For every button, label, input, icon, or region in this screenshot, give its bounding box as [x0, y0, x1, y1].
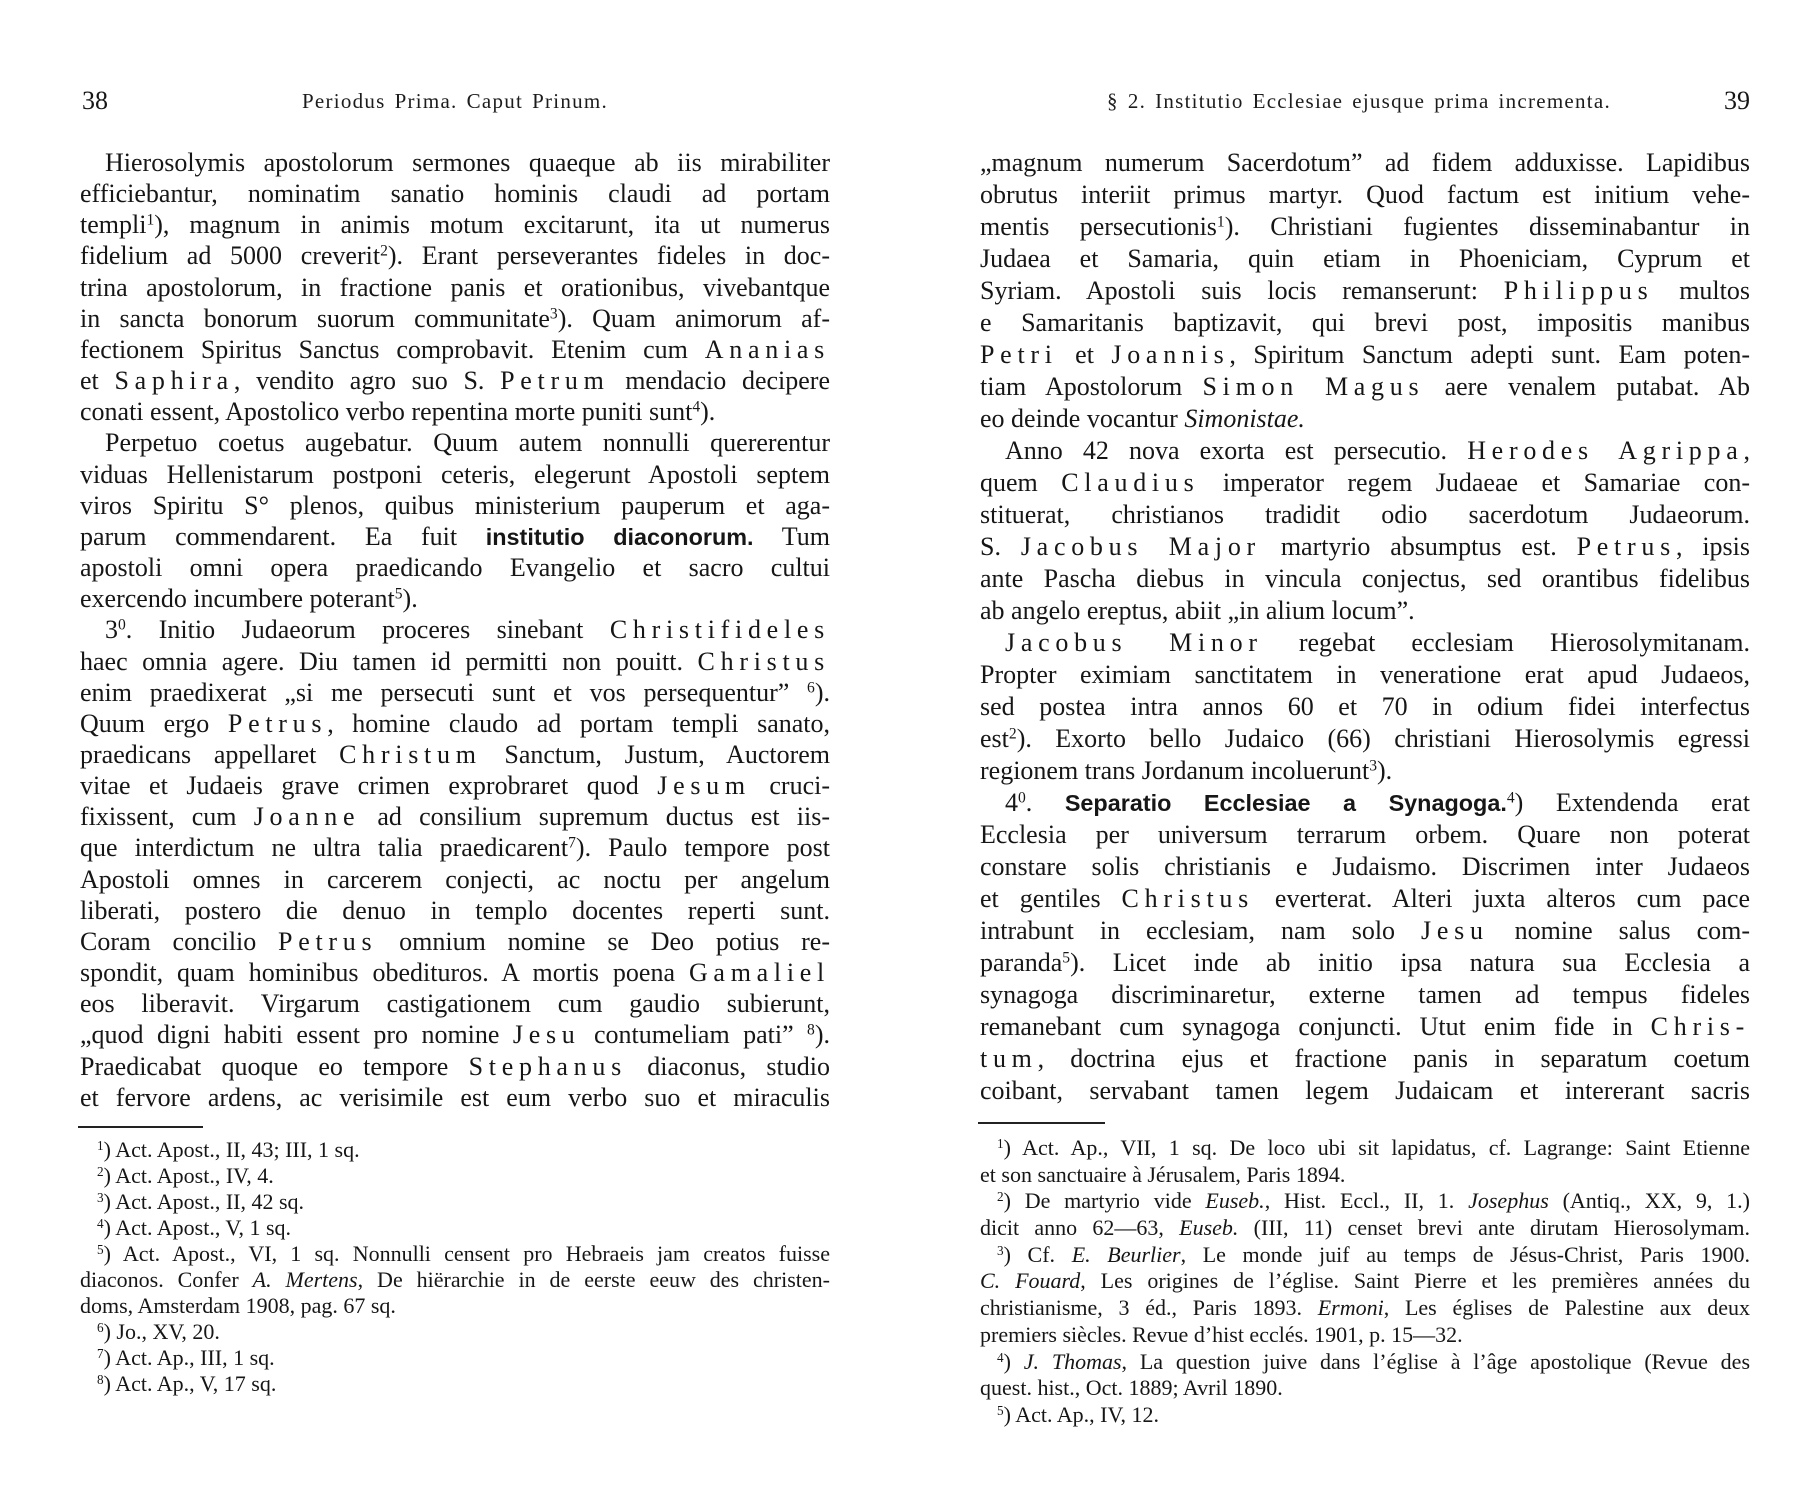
footnote-line: et son sanctuaire à Jérusalem, Paris 189…: [980, 1162, 1750, 1189]
body-line: spondit, quam hominibus obedituros. A mo…: [80, 957, 830, 988]
spaced-name: Jacobus Major: [1021, 532, 1261, 561]
text-run: ) Cf.: [1004, 1242, 1072, 1267]
text-run: aere venalem putabat. Ab: [1424, 372, 1750, 401]
text-run: ). Licet inde ab initio ipsa natura sua …: [1070, 948, 1750, 977]
body-line: paranda5). Licet inde ab initio ipsa nat…: [980, 947, 1750, 979]
text-run: , ipsis: [1676, 532, 1750, 561]
text-run: exercendo incumbere poterant: [80, 584, 395, 613]
text-run: et: [1058, 340, 1112, 369]
footnote-ref: 6: [807, 679, 815, 696]
text-run: Propter eximiam sanctitatem in veneratio…: [980, 660, 1750, 689]
text-run: 4: [1005, 788, 1018, 817]
text-run: ante Pascha diebus in vincula conjectus,…: [980, 564, 1750, 593]
text-run: apostoli omni opera praedicando Evangeli…: [80, 553, 830, 582]
body-line: haec omnia agere. Diu tamen id permitti …: [80, 646, 830, 677]
italic-text: Ermoni: [1318, 1295, 1384, 1320]
body-text: „magnum numerum Sacerdotum” ad fidem add…: [980, 147, 1750, 1107]
spaced-name: Herodes Agrippa: [1467, 436, 1743, 465]
text-run: regionem trans Jordanum incoluerunt: [980, 756, 1369, 785]
text-run: coibant, servabant tamen legem Judaicam …: [980, 1076, 1750, 1105]
body-line: Ecclesia per universum terrarum orbem. Q…: [980, 819, 1750, 851]
text-run: , homine claudo ad portam templi sanato,: [327, 709, 830, 738]
footnote-line: C. Fouard, Les origines de l’église. Sai…: [980, 1268, 1750, 1295]
text-run: et son sanctuaire à Jérusalem, Paris 189…: [980, 1162, 1345, 1187]
text-run: viros Spiritu S° plenos, quibus minister…: [80, 491, 830, 520]
text-run: ): [1004, 1349, 1024, 1374]
footnote-ref: 2: [997, 1189, 1004, 1204]
footnote-ref: 0: [118, 617, 126, 634]
body-line: obrutus interiit primus martyr. Quod fac…: [980, 179, 1750, 211]
text-run: parum commendarent. Ea fuit: [80, 522, 486, 551]
text-run: ad consilium supremum ductus est iis-: [360, 802, 830, 831]
text-run: ), magnum in animis motum excitarunt, it…: [154, 210, 830, 239]
body-line: eo deinde vocantur Simonistae.: [980, 403, 1750, 435]
footnote-line: 1) Act. Ap., VII, 1 sq. De loco ubi sit …: [980, 1135, 1750, 1162]
text-run: eo deinde vocantur: [980, 404, 1184, 433]
footnote-ref: 0: [1018, 789, 1026, 806]
text-run: et gentiles: [980, 884, 1122, 913]
text-run: ).: [1377, 756, 1392, 785]
body-text: Hierosolymis apostolorum sermones quaequ…: [80, 147, 830, 1113]
text-run: Apostoli omnes in carcerem conjecti, ac …: [80, 865, 830, 894]
text-run: ).: [700, 397, 715, 426]
footnote-rule: [978, 1122, 1105, 1124]
text-run: „magnum numerum Sacerdotum” ad fidem add…: [980, 148, 1750, 177]
body-line: ante Pascha diebus in vincula conjectus,…: [980, 563, 1750, 595]
italic-text: E. Beurlier: [1072, 1242, 1181, 1267]
footnote-ref: 4: [1507, 789, 1515, 806]
text-run: mendacio decipere: [610, 366, 830, 395]
body-line: Coram concilio Petrus omnium nomine se D…: [80, 926, 830, 957]
body-line: synagoga discriminaretur, externe tamen …: [980, 979, 1750, 1011]
text-run: omnium nomine se Deo potius re-: [377, 927, 830, 956]
text-run: est: [980, 724, 1009, 753]
footnote-ref: 7: [97, 1346, 104, 1361]
spaced-name: Chris-: [1651, 1012, 1750, 1041]
body-line: in sancta bonorum suorum communitate3). …: [80, 303, 830, 334]
text-run: doms, Amsterdam 1908, pag. 67 sq.: [80, 1293, 396, 1318]
body-line: Hierosolymis apostolorum sermones quaequ…: [80, 147, 830, 178]
text-run: spondit, quam hominibus obedituros. A mo…: [80, 958, 689, 987]
text-run: praedicans appellaret: [80, 740, 339, 769]
text-run: fectionem Spiritus Sanctus comprobavit. …: [80, 335, 705, 364]
body-line: Apostoli omnes in carcerem conjecti, ac …: [80, 864, 830, 895]
footnote-line: 5) Act. Apost., VI, 1 sq. Nonnulli cense…: [80, 1241, 830, 1267]
footnote-ref: 4: [997, 1349, 1004, 1364]
text-run: „quod digni habiti essent pro nomine: [80, 1020, 513, 1049]
body-line: viduas Hellenistarum postponi ceteris, e…: [80, 459, 830, 490]
text-run: stituerat, christianos tradidit odio sac…: [980, 500, 1750, 529]
spaced-name: Simon Magus: [1202, 372, 1424, 401]
spaced-name: Jacobus Minor: [1005, 628, 1263, 657]
body-line: fixissent, cum Joanne ad consilium supre…: [80, 801, 830, 832]
spaced-name: Jesu: [513, 1020, 581, 1049]
text-run: paranda: [980, 948, 1062, 977]
body-line: mentis persecutionis1). Christiani fugie…: [980, 211, 1750, 243]
text-run: ) Act. Apost., II, 43; III, 1 sq.: [104, 1137, 360, 1162]
footnote-line: 3) Act. Apost., II, 42 sq.: [80, 1189, 830, 1215]
footnote-ref: 1: [1217, 213, 1225, 230]
text-run: ) Jo., XV, 20.: [104, 1319, 220, 1344]
spaced-name: Petrum: [500, 366, 609, 395]
spaced-name: Ananias: [705, 335, 830, 364]
body-line: 30. Initio Judaeorum proceres sinebant C…: [80, 614, 830, 645]
text-run: Anno 42 nova exorta est persecutio.: [1005, 436, 1467, 465]
text-run: (Antiq., XX, 9, 1.): [1549, 1188, 1750, 1213]
body-line: et fervore ardens, ac verisimile est eum…: [80, 1082, 830, 1113]
text-run: constare solis christianis e Judaismo. D…: [980, 852, 1750, 881]
footnote-ref: 4: [692, 399, 700, 416]
italic-text: Euseb.: [1205, 1188, 1264, 1213]
text-run: Sanctum, Justum, Auctorem: [482, 740, 830, 769]
footnote-line: 4) J. Thomas, La question juive dans l’é…: [980, 1349, 1750, 1376]
body-line: fidelium ad 5000 creverit2). Erant perse…: [80, 240, 830, 271]
body-line: Anno 42 nova exorta est persecutio. Hero…: [980, 435, 1750, 467]
footnote-line: 6) Jo., XV, 20.: [80, 1319, 830, 1345]
text-run: martyrio absumptus est.: [1261, 532, 1577, 561]
text-run: eos liberavit. Virgarum castigationem cu…: [80, 989, 830, 1018]
text-run: ) Act. Apost., V, 1 sq.: [104, 1215, 291, 1240]
text-run: et fervore ardens, ac verisimile est eum…: [80, 1083, 830, 1112]
spaced-name: Christifideles: [610, 615, 830, 644]
text-run: , Les églises de Palestine aux deux: [1384, 1295, 1750, 1320]
spaced-name: Joanne: [254, 802, 361, 831]
text-run: enim praedixerat „si me persecuti sunt e…: [80, 678, 807, 707]
text-run: ) Act. Apost., II, 42 sq.: [104, 1189, 304, 1214]
text-run: S.: [980, 532, 1021, 561]
text-run: ) Act. Ap., III, 1 sq.: [104, 1345, 275, 1370]
text-run: ab angelo ereptus, abiit „in alium locum…: [980, 596, 1415, 625]
footnote-ref: 2: [1009, 725, 1017, 742]
text-run: conati essent, Apostolico verbo repentin…: [80, 397, 692, 426]
text-run: diaconus, studio: [627, 1052, 830, 1081]
body-line: Perpetuo coetus augebatur. Quum autem no…: [80, 427, 830, 458]
footnote-line: 2) De martyrio vide Euseb., Hist. Eccl.,…: [980, 1188, 1750, 1215]
body-line: fectionem Spiritus Sanctus comprobavit. …: [80, 334, 830, 365]
text-run: Perpetuo coetus augebatur. Quum autem no…: [105, 428, 830, 457]
text-run: , De hiërarchie in de eerste eeuw des ch…: [358, 1267, 830, 1292]
spaced-name: Jesu: [1421, 916, 1489, 945]
footnote-ref: 2: [380, 243, 388, 260]
body-line: viros Spiritu S° plenos, quibus minister…: [80, 490, 830, 521]
footnote-ref: 3: [97, 1190, 104, 1205]
text-run: multos: [1653, 276, 1750, 305]
text-run: Tum: [754, 522, 830, 551]
text-run: et: [80, 366, 114, 395]
text-run: quest. hist., Oct. 1889; Avril 1890.: [980, 1375, 1283, 1400]
right-page: § 2. Institutio Ecclesiae ejusque prima …: [980, 0, 1750, 1501]
text-run: Quum ergo: [80, 709, 228, 738]
footnote-line: 3) Cf. E. Beurlier, Le monde juif au tem…: [980, 1242, 1750, 1269]
page-number: 39: [1724, 86, 1750, 116]
text-run: Hierosolymis apostolorum sermones quaequ…: [105, 148, 830, 177]
footnote-line: 4) Act. Apost., V, 1 sq.: [80, 1215, 830, 1241]
text-run: efficiebantur, nominatim sanatio hominis…: [80, 179, 830, 208]
spaced-name: Stephanus: [469, 1052, 627, 1081]
footnote-ref: 3: [1369, 757, 1377, 774]
spaced-name: Gamaliel: [689, 958, 830, 987]
footnote-ref: 6: [97, 1320, 104, 1335]
running-head: § 2. Institutio Ecclesiae ejusque prima …: [980, 86, 1750, 116]
text-run: nomine salus com-: [1489, 916, 1750, 945]
footnote-ref: 1: [97, 1138, 104, 1153]
text-run: , doctrina ejus et fractione panis in se…: [1038, 1044, 1750, 1073]
bold-heading: institutio diaconorum.: [486, 524, 754, 550]
text-run: Ecclesia per universum terrarum orbem. Q…: [980, 820, 1750, 849]
text-run: templi: [80, 210, 146, 239]
spaced-name: Petri: [980, 340, 1058, 369]
text-run: ) Act. Apost., IV, 4.: [104, 1163, 274, 1188]
footnote-line: 8) Act. Ap., V, 17 sq.: [80, 1371, 830, 1397]
text-run: ) De martyrio vide: [1004, 1188, 1206, 1213]
body-line: e Samaritanis baptizavit, qui brevi post…: [980, 307, 1750, 339]
text-run: 3: [105, 615, 118, 644]
text-run: .: [1026, 788, 1065, 817]
body-line: enim praedixerat „si me persecuti sunt e…: [80, 677, 830, 708]
footnote-ref: 5: [1062, 949, 1070, 966]
text-run: remanebant cum synagoga conjuncti. Utut …: [980, 1012, 1651, 1041]
text-run: ). Erant perseverantes fideles in doc-: [388, 241, 830, 270]
text-run: ). Paulo tempore post: [576, 833, 830, 862]
body-line: remanebant cum synagoga conjuncti. Utut …: [980, 1011, 1750, 1043]
body-line: coibant, servabant tamen legem Judaicam …: [980, 1075, 1750, 1107]
text-run: Praedicabat quoque eo tempore: [80, 1052, 469, 1081]
text-run: premiers siècles. Revue d’hist ecclés. 1…: [980, 1322, 1463, 1347]
body-line: ab angelo ereptus, abiit „in alium locum…: [980, 595, 1750, 627]
body-line: constare solis christianis e Judaismo. D…: [980, 851, 1750, 883]
text-run: imperator regem Judaeae et Samariae con-: [1199, 468, 1750, 497]
text-run: ). Christiani fugientes disseminabantur …: [1225, 212, 1750, 241]
text-run: liberati, postero die denuo in templo do…: [80, 896, 830, 925]
italic-text: Simonistae.: [1184, 404, 1305, 433]
spaced-name: Petrus: [228, 709, 327, 738]
footnote-ref: 5: [997, 1403, 1004, 1418]
text-run: Coram concilio: [80, 927, 278, 956]
text-run: ,: [1744, 436, 1751, 465]
footnote-ref: 3: [550, 305, 558, 322]
text-run: ) Act. Ap., V, 17 sq.: [104, 1371, 277, 1396]
text-run: ) Act. Ap., IV, 12.: [1004, 1402, 1159, 1427]
text-run: sed postea intra annos 60 et 70 in odium…: [980, 692, 1750, 721]
text-run: contumeliam pati”: [581, 1020, 808, 1049]
footnote-ref: 3: [997, 1243, 1004, 1258]
body-line: liberati, postero die denuo in templo do…: [80, 895, 830, 926]
footnote-line: christianisme, 3 éd., Paris 1893. Ermoni…: [980, 1295, 1750, 1322]
text-run: , Hist. Eccl., II, 1.: [1265, 1188, 1468, 1213]
body-line: „quod digni habiti essent pro nomine Jes…: [80, 1019, 830, 1050]
body-line: apostoli omni opera praedicando Evangeli…: [80, 552, 830, 583]
text-run: Judaea et Samaria, quin etiam in Phoenic…: [980, 244, 1750, 273]
spaced-name: Petrus: [278, 927, 377, 956]
text-run: , Le monde juif au temps de Jésus-Christ…: [1181, 1242, 1750, 1267]
body-line: intrabunt in ecclesiam, nam solo Jesu no…: [980, 915, 1750, 947]
text-run: obrutus interiit primus martyr. Quod fac…: [980, 180, 1750, 209]
body-line: tiam Apostolorum Simon Magus aere venale…: [980, 371, 1750, 403]
text-run: que interdictum ne ultra talia praedicar…: [80, 833, 568, 862]
text-run: everterat. Alteri juxta alteros cum pace: [1254, 884, 1750, 913]
text-run: in sancta bonorum suorum communitate: [80, 304, 550, 333]
text-run: ). Quam animorum af-: [558, 304, 830, 333]
text-run: (III, 11) censet brevi ante dirutam Hier…: [1238, 1215, 1750, 1240]
text-run: haec omnia agere. Diu tamen id permitti …: [80, 647, 698, 676]
text-run: . Initio Judaeorum proceres sinebant: [126, 615, 610, 644]
spaced-name: tum: [980, 1044, 1038, 1073]
footnotes: 1) Act. Ap., VII, 1 sq. De loco ubi sit …: [980, 1135, 1750, 1429]
text-run: , Les origines de l’église. Saint Pierre…: [1080, 1268, 1750, 1293]
text-run: synagoga discriminaretur, externe tamen …: [980, 980, 1750, 1009]
text-run: ).: [403, 584, 418, 613]
body-line: que interdictum ne ultra talia praedicar…: [80, 832, 830, 863]
spaced-name: Petrus: [1577, 532, 1676, 561]
text-run: ) Extendenda erat: [1515, 788, 1750, 817]
footnote-line: 7) Act. Ap., III, 1 sq.: [80, 1345, 830, 1371]
footnotes: 1) Act. Apost., II, 43; III, 1 sq.2) Act…: [80, 1137, 830, 1397]
body-line: Jacobus Minor regebat ecclesiam Hierosol…: [980, 627, 1750, 659]
body-line: S. Jacobus Major martyrio absumptus est.…: [980, 531, 1750, 563]
text-run: cruci-: [751, 771, 830, 800]
text-run: regebat ecclesiam Hierosolymitanam.: [1263, 628, 1750, 657]
footnote-ref: 2: [97, 1164, 104, 1179]
body-line: Quum ergo Petrus, homine claudo ad porta…: [80, 708, 830, 739]
text-run: vitae et Judaeis grave crimen exprobrare…: [80, 771, 657, 800]
body-line: trina apostolorum, in fractione panis et…: [80, 272, 830, 303]
text-run: fixissent, cum: [80, 802, 254, 831]
text-run: trina apostolorum, in fractione panis et…: [80, 273, 830, 302]
running-head: Periodus Prima. Caput Prinum.: [80, 86, 830, 116]
text-run: tiam Apostolorum: [980, 372, 1202, 401]
footnote-rule: [78, 1126, 203, 1128]
left-page: 38 Periodus Prima. Caput Prinum. Hieroso…: [80, 0, 830, 1501]
text-run: ) Act. Apost., VI, 1 sq. Nonnulli censen…: [104, 1241, 830, 1266]
body-line: quem Claudius imperator regem Judaeae et…: [980, 467, 1750, 499]
body-line: Petri et Joannis, Spiritum Sanctum adept…: [980, 339, 1750, 371]
text-run: diaconos. Confer: [80, 1267, 253, 1292]
footnote-line: 1) Act. Apost., II, 43; III, 1 sq.: [80, 1137, 830, 1163]
spaced-name: Saphira: [114, 366, 233, 395]
text-run: christianisme, 3 éd., Paris 1893.: [980, 1295, 1318, 1320]
body-line: 40. Separatio Ecclesiae a Synagoga.4) Ex…: [980, 787, 1750, 819]
footnote-line: diaconos. Confer A. Mertens, De hiërarch…: [80, 1267, 830, 1293]
footnote-ref: 5: [395, 586, 403, 603]
body-line: Propter eximiam sanctitatem in veneratio…: [980, 659, 1750, 691]
footnote-line: 2) Act. Apost., IV, 4.: [80, 1163, 830, 1189]
body-line: vitae et Judaeis grave crimen exprobrare…: [80, 770, 830, 801]
italic-text: J. Thomas: [1024, 1349, 1122, 1374]
spaced-name: Jesum: [657, 771, 751, 800]
footnote-line: doms, Amsterdam 1908, pag. 67 sq.: [80, 1293, 830, 1319]
text-run: , Spiritum Sanctum adepti sunt. Eam pote…: [1229, 340, 1750, 369]
text-run: intrabunt in ecclesiam, nam solo: [980, 916, 1421, 945]
body-line: efficiebantur, nominatim sanatio hominis…: [80, 178, 830, 209]
italic-text: Euseb.: [1179, 1215, 1238, 1240]
body-line: parum commendarent. Ea fuit institutio d…: [80, 521, 830, 552]
text-run: ).: [815, 678, 830, 707]
body-line: Judaea et Samaria, quin etiam in Phoenic…: [980, 243, 1750, 275]
body-line: eos liberavit. Virgarum castigationem cu…: [80, 988, 830, 1019]
spaced-name: Joannis: [1111, 340, 1229, 369]
text-run: viduas Hellenistarum postponi ceteris, e…: [80, 460, 830, 489]
footnote-ref: 7: [568, 835, 576, 852]
body-line: exercendo incumbere poterant5).: [80, 583, 830, 614]
body-line: et gentiles Christus everterat. Alteri j…: [980, 883, 1750, 915]
body-line: tum, doctrina ejus et fractione panis in…: [980, 1043, 1750, 1075]
page-header: § 2. Institutio Ecclesiae ejusque prima …: [980, 86, 1750, 116]
spaced-name: Christus: [698, 647, 830, 676]
text-run: mentis persecutionis: [980, 212, 1217, 241]
spaced-name: Christus: [1122, 884, 1254, 913]
text-run: Syriam. Apostoli suis locis remanserunt:: [980, 276, 1504, 305]
spaced-name: Claudius: [1061, 468, 1199, 497]
text-run: ) Act. Ap., VII, 1 sq. De loco ubi sit l…: [1004, 1135, 1750, 1160]
spaced-name: Christum: [339, 740, 482, 769]
footnote-line: quest. hist., Oct. 1889; Avril 1890.: [980, 1375, 1750, 1402]
footnote-ref: 8: [97, 1372, 104, 1387]
spaced-name: Philippus: [1504, 276, 1654, 305]
footnote-line: dicit anno 62—63, Euseb. (III, 11) cense…: [980, 1215, 1750, 1242]
text-run: , La question juive dans l’église à l’âg…: [1122, 1349, 1751, 1374]
body-line: praedicans appellaret Christum Sanctum, …: [80, 739, 830, 770]
body-line: templi1), magnum in animis motum excitar…: [80, 209, 830, 240]
footnote-ref: 4: [97, 1216, 104, 1231]
italic-text: Josephus: [1468, 1188, 1549, 1213]
text-run: ).: [815, 1020, 830, 1049]
italic-text: C. Fouard: [980, 1268, 1080, 1293]
body-line: stituerat, christianos tradidit odio sac…: [980, 499, 1750, 531]
page-header: 38 Periodus Prima. Caput Prinum.: [80, 86, 830, 116]
footnote-ref: 8: [807, 1022, 815, 1039]
body-line: „magnum numerum Sacerdotum” ad fidem add…: [980, 147, 1750, 179]
footnote-ref: 1: [997, 1136, 1004, 1151]
italic-text: A. Mertens: [253, 1267, 358, 1292]
footnote-ref: 5: [97, 1242, 104, 1257]
footnote-line: 5) Act. Ap., IV, 12.: [980, 1402, 1750, 1429]
body-line: conati essent, Apostolico verbo repentin…: [80, 396, 830, 427]
text-run: , vendito agro suo S.: [234, 366, 500, 395]
text-run: dicit anno 62—63,: [980, 1215, 1179, 1240]
text-run: ). Exorto bello Judaico (66) christiani …: [1017, 724, 1750, 753]
text-run: quem: [980, 468, 1061, 497]
body-line: et Saphira, vendito agro suo S. Petrum m…: [80, 365, 830, 396]
body-line: sed postea intra annos 60 et 70 in odium…: [980, 691, 1750, 723]
body-line: regionem trans Jordanum incoluerunt3).: [980, 755, 1750, 787]
body-line: est2). Exorto bello Judaico (66) christi…: [980, 723, 1750, 755]
footnote-line: premiers siècles. Revue d’hist ecclés. 1…: [980, 1322, 1750, 1349]
body-line: Syriam. Apostoli suis locis remanserunt:…: [980, 275, 1750, 307]
text-run: e Samaritanis baptizavit, qui brevi post…: [980, 308, 1750, 337]
body-line: Praedicabat quoque eo tempore Stephanus …: [80, 1051, 830, 1082]
text-run: fidelium ad 5000 creverit: [80, 241, 380, 270]
bold-heading: Separatio Ecclesiae a Synagoga.: [1065, 790, 1507, 816]
